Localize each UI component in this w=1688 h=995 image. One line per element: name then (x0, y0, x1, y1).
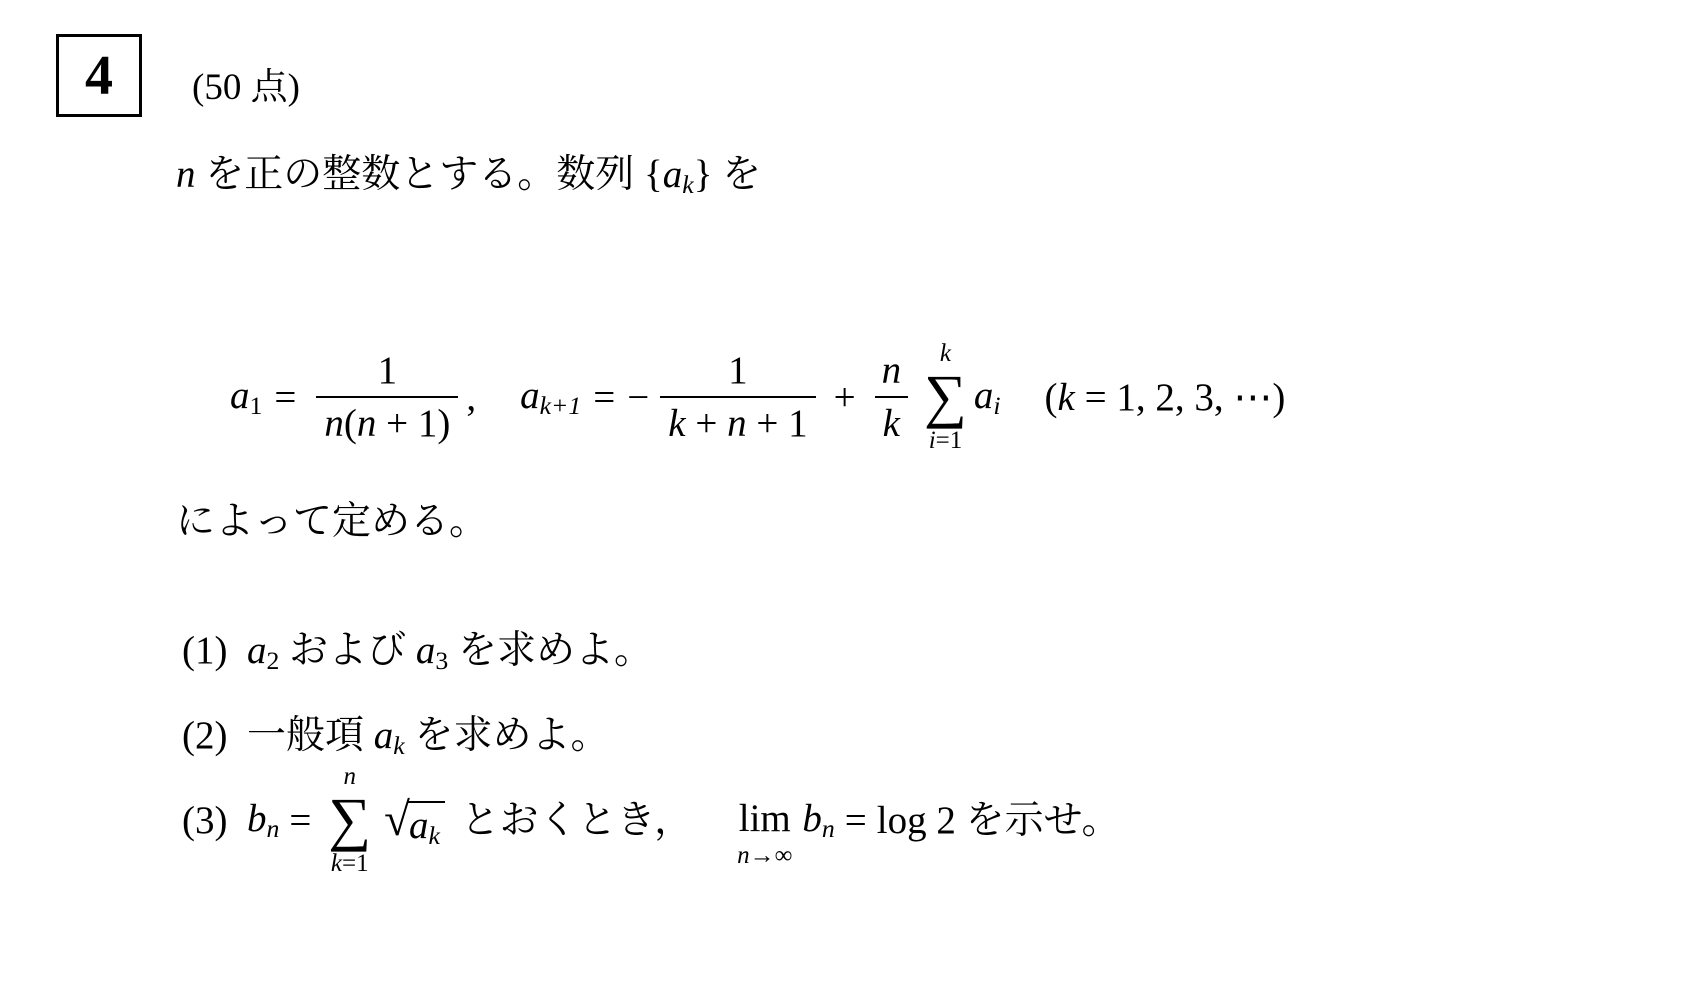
brace-close: } (694, 153, 713, 196)
fraction-initial-term: 1 n(n + 1) (316, 351, 458, 443)
square-root: √ ak (384, 801, 445, 849)
limit-subscript: n→∞ (737, 843, 792, 868)
denominator: n(n + 1) (316, 396, 458, 443)
index-range-note: (k = 1, 2, 3, ⋯) (1045, 378, 1286, 417)
intro-text-end: を (712, 153, 761, 196)
term-a3: a3 (416, 629, 448, 672)
question-2-pre: 一般項 (247, 714, 374, 757)
recurrence-equation: a1 = 1 n(n + 1) , ak+1 = − 1 k + n + 1 +… (230, 330, 1285, 464)
question-3-label: (3) (182, 801, 227, 840)
question-1-tail: を求めよ。 (448, 629, 653, 672)
term-ai: ai (974, 376, 1001, 419)
term-bn: bn (247, 799, 279, 842)
spacer-text (227, 714, 247, 757)
equals-sign: = (274, 378, 296, 417)
term-a1: a1 (230, 376, 262, 419)
spacer-text (227, 629, 247, 672)
minus-sign: − (627, 378, 649, 417)
math-var-a: a (663, 153, 683, 196)
lim-word: lim (739, 799, 791, 838)
question-2-tail: を求めよ。 (405, 714, 610, 757)
sigma-symbol: ∑ (924, 368, 967, 425)
summation-operator: k ∑ i=1 (924, 341, 967, 453)
intro-sentence: n を正の整数とする。数列 {ak} を (176, 152, 761, 201)
term-bn: bn (802, 799, 834, 842)
fraction-recurrence: 1 k + n + 1 (660, 351, 815, 443)
question-2-label: (2) (182, 714, 227, 757)
denominator: k + n + 1 (660, 396, 815, 443)
term-a2: a2 (247, 629, 279, 672)
question-1-mid: および (279, 629, 416, 672)
math-sub-k: k (682, 170, 693, 199)
exam-problem-page: 4 (50 点) n を正の整数とする。数列 {ak} を a1 = 1 n(n… (0, 0, 1688, 995)
denominator: k (875, 396, 908, 443)
intro-text: を正の整数とする。数列 (196, 153, 645, 196)
limit-operator: lim n→∞ (737, 799, 792, 868)
fraction-coefficient: n k (874, 351, 910, 443)
problem-number-box: 4 (56, 34, 142, 117)
summation-operator: n ∑ k=1 (328, 764, 371, 876)
spacer-text (227, 801, 247, 840)
comma: , (466, 378, 476, 417)
term-ak: ak (374, 714, 405, 757)
after-equation-text: によって定める。 (176, 499, 488, 546)
radicand: ak (407, 801, 445, 849)
log-term: log 2 (877, 801, 956, 840)
question-3-tail: を示せ。 (956, 801, 1121, 840)
math-var-n: n (176, 153, 196, 196)
sum-lower-limit: k=1 (331, 851, 369, 876)
question-1: (1) a2 および a3 を求めよ。 (182, 628, 653, 677)
term-ak1: ak+1 (520, 376, 581, 419)
numerator: n (874, 351, 910, 396)
question-1-label: (1) (182, 629, 227, 672)
equals-sign: = (593, 378, 615, 417)
numerator: 1 (720, 351, 756, 396)
question-3: (3) bn = n ∑ k=1 √ ak とおくとき， lim n→∞ bn … (182, 768, 1120, 872)
brace-open: { (644, 153, 663, 196)
sigma-symbol: ∑ (328, 791, 371, 848)
equals-sign: = (845, 801, 867, 840)
sum-lower-limit: i=1 (929, 428, 963, 453)
numerator: 1 (370, 351, 406, 396)
question-3-mid: とおくとき， (451, 801, 693, 840)
equals-sign: = (289, 801, 311, 840)
problem-number: 4 (85, 48, 113, 104)
points-label: (50 点) (192, 66, 300, 110)
question-2: (2) 一般項 ak を求めよ。 (182, 713, 609, 762)
plus-sign: + (834, 378, 856, 417)
